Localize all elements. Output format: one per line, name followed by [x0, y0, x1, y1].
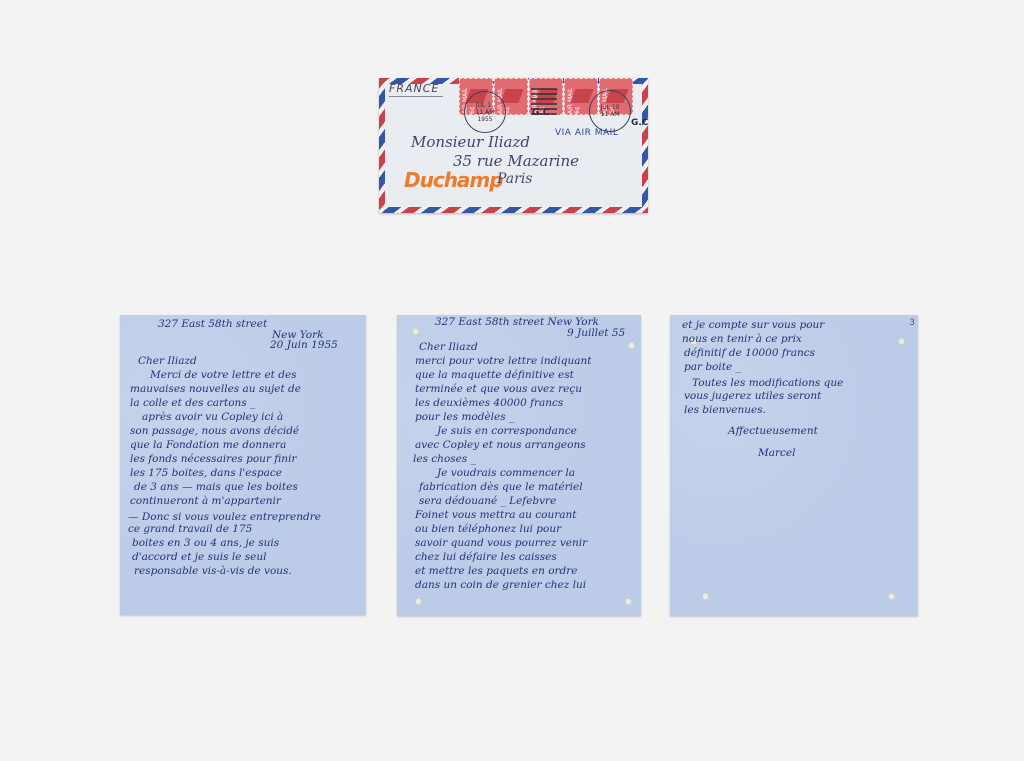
airmail-envelope: FRANCE AIR MAIL 6¢ AIR MAIL 6¢ AIR MAIL …	[379, 78, 648, 213]
handwritten-line: nous en tenir à ce prix	[682, 333, 918, 345]
handwritten-line: que la Fondation me donnera	[130, 439, 366, 451]
handwritten-line: que la maquette définitive est	[415, 369, 641, 381]
handwritten-line: et mettre les paquets en ordre	[415, 565, 641, 577]
letter-page-3: 3 et je compte sur vous pournous en teni…	[670, 315, 918, 616]
handwritten-line: Affectueusement	[728, 425, 918, 437]
handwritten-line: avec Copley et nous arrangeons	[415, 439, 641, 451]
handwritten-line: 9 Juillet 55	[567, 327, 641, 339]
handwritten-line: continueront à m'appartenir	[130, 495, 366, 507]
handwritten-line: Merci de votre lettre et des	[150, 369, 366, 381]
handwritten-line: Cher Iliazd	[138, 355, 366, 367]
handwritten-line: responsable vis-à-vis de vous.	[134, 565, 366, 577]
handwritten-line: chez lui défaire les caisses	[415, 551, 641, 563]
pin-hole	[888, 593, 895, 600]
handwritten-line: ce grand travail de 175	[128, 523, 366, 535]
letter-page-2: 327 East 58th street New York9 Juillet 5…	[397, 315, 641, 616]
pin-hole	[412, 328, 419, 335]
handwritten-line: — Donc si vous voulez entreprendre	[128, 511, 366, 523]
sender-mark: Duchamp	[404, 168, 503, 192]
handwritten-line: terminée et que vous avez reçu	[415, 383, 641, 395]
postmark-right: JUL 10 11 AM	[589, 90, 631, 132]
handwritten-line: Toutes les modifications que	[692, 377, 918, 389]
handwritten-line: ou bien téléphonez lui pour	[415, 523, 641, 535]
cancel-code-right: G.C	[631, 118, 648, 128]
via-airmail-label: VIA AIR MAIL	[555, 128, 618, 138]
handwritten-line: vous jugerez utiles seront	[684, 390, 918, 402]
handwritten-line: les deuxièmes 40000 francs	[415, 397, 641, 409]
handwritten-line: Marcel	[758, 447, 918, 459]
pin-hole	[702, 593, 709, 600]
handwritten-line: d'accord et je suis le seul	[132, 551, 366, 563]
handwritten-line: et je compte sur vous pour	[682, 319, 918, 331]
handwritten-line: fabrication dès que le matériel	[419, 481, 641, 493]
handwritten-line: définitif de 10000 francs	[684, 347, 918, 359]
pin-hole	[625, 598, 632, 605]
handwritten-line: de 3 ans — mais que les boites	[134, 481, 366, 493]
handwritten-line: après avoir vu Copley ici à	[142, 411, 366, 423]
handwritten-line: son passage, nous avons décidé	[130, 425, 366, 437]
handwritten-line: sera dédouané _ Lefebvre	[419, 495, 641, 507]
envelope-country: FRANCE	[389, 82, 443, 97]
letter-page-1: 327 East 58th streetNew York20 Juin 1955…	[120, 315, 366, 615]
handwritten-line: les bienvenues.	[684, 404, 918, 416]
handwritten-line: 20 Juin 1955	[270, 339, 366, 351]
handwritten-line: la colle et des cartons _	[130, 397, 366, 409]
handwritten-line: mauvaises nouvelles au sujet de	[130, 383, 366, 395]
handwritten-line: Je suis en correspondance	[437, 425, 641, 437]
handwritten-line: les choses _	[413, 453, 641, 465]
handwritten-line: Foinet vous mettra au courant	[415, 509, 641, 521]
recipient-city: Paris	[497, 171, 533, 187]
recipient-name: Monsieur Iliazd	[411, 133, 530, 151]
handwritten-line: les 175 boites, dans l'espace	[130, 467, 366, 479]
handwritten-line: par boite _	[684, 361, 918, 373]
cancel-code: G.C	[532, 108, 549, 118]
postmark-left: JUL 1_ 11 AM 1955	[464, 91, 506, 133]
handwritten-line: savoir quand vous pourrez venir	[415, 537, 641, 549]
handwritten-line: pour les modèles _	[415, 411, 641, 423]
handwritten-line: les fonds nécessaires pour finir	[130, 453, 366, 465]
handwritten-line: boites en 3 ou 4 ans, je suis	[132, 537, 366, 549]
handwritten-line: Cher Iliazd	[419, 341, 641, 353]
pin-hole	[415, 598, 422, 605]
handwritten-line: dans un coin de grenier chez lui	[415, 579, 641, 591]
handwritten-line: merci pour votre lettre indiquant	[415, 355, 641, 367]
handwritten-line: Je voudrais commencer la	[437, 467, 641, 479]
